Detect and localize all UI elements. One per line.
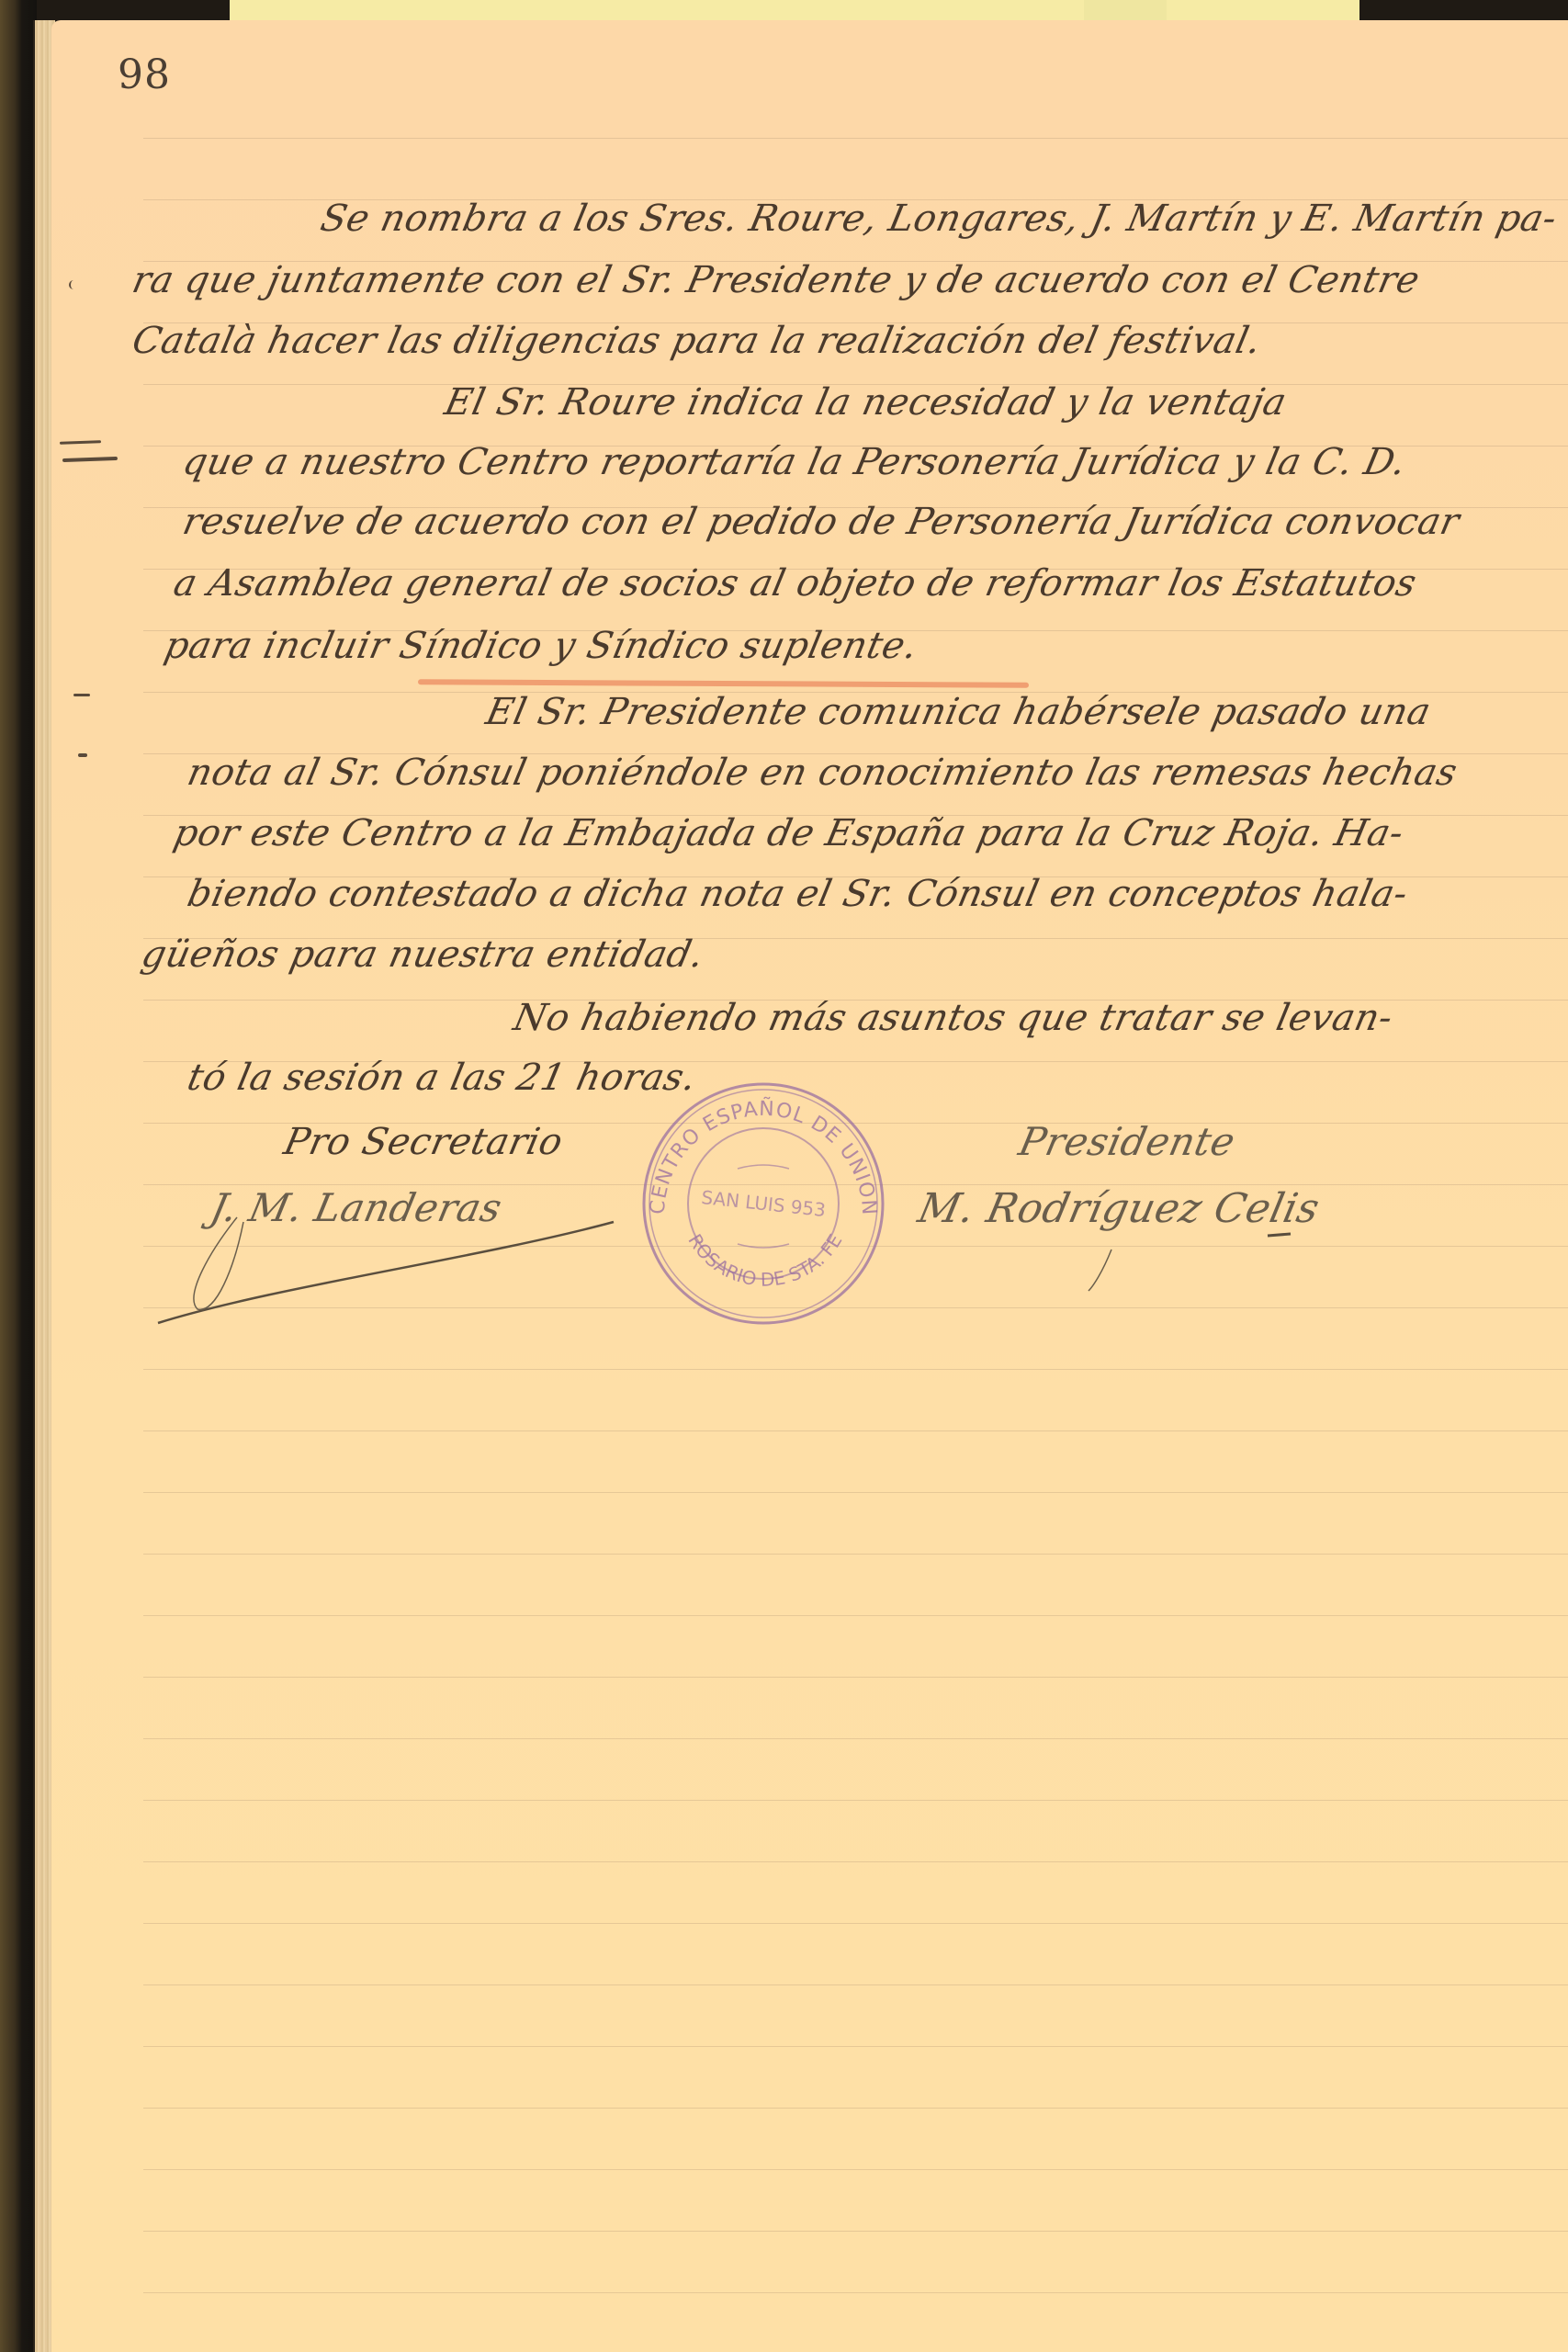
ruled-line bbox=[143, 1923, 1568, 1924]
book-binding bbox=[0, 0, 37, 2352]
ruled-line bbox=[143, 2231, 1568, 2232]
president-title: Presidente bbox=[1015, 1119, 1239, 1164]
paragraph-2-line-2: que a nuestro Centro reportaría la Perso… bbox=[179, 441, 1410, 483]
ruled-line bbox=[143, 1984, 1568, 1985]
paragraph-1-line-1: Se nombra a los Sres. Roure, Longares, J… bbox=[317, 198, 1561, 240]
ruled-line bbox=[143, 1615, 1568, 1616]
paragraph-3-line-4: biendo contestado a dicha nota el Sr. Có… bbox=[184, 873, 1412, 915]
page-number: 98 bbox=[118, 51, 171, 98]
paragraph-2-line-4: a Asamblea general de socios al objeto d… bbox=[170, 562, 1420, 605]
ruled-line bbox=[143, 2108, 1568, 2109]
paragraph-2-line-3: resuelve de acuerdo con el pedido de Per… bbox=[179, 501, 1463, 543]
club-rubber-stamp: CENTRO ESPAÑOL DE UNION REPUBLICANA ROSA… bbox=[637, 1077, 890, 1330]
sticky-note-fold bbox=[1084, 0, 1167, 22]
paragraph-3-line-3: por este Centro a la Embajada de España … bbox=[170, 812, 1407, 854]
ruled-line bbox=[143, 2292, 1568, 2293]
president-signature: M. Rodríguez Celis bbox=[914, 1185, 1324, 1232]
paragraph-2-line-1: El Sr. Roure indica la necesidad y la ve… bbox=[441, 381, 1291, 424]
ruled-line bbox=[143, 138, 1568, 139]
ruled-line bbox=[143, 2046, 1568, 2047]
paragraph-2-line-5: para incluir Síndico y Síndico suplente. bbox=[161, 625, 921, 667]
ruled-line bbox=[143, 1800, 1568, 1801]
secretary-title: Pro Secretario bbox=[280, 1121, 567, 1163]
stamp-bottom-text: ROSARIO DE STA. FE bbox=[683, 1230, 846, 1291]
paragraph-3-line-5: güeños para nuestra entidad. bbox=[138, 933, 708, 976]
stamp-center-text: SAN LUIS 953 bbox=[700, 1186, 827, 1221]
margin-pencil-mark bbox=[69, 280, 76, 289]
ruled-line bbox=[143, 1861, 1568, 1862]
paragraph-3-line-1: El Sr. Presidente comunica habérsele pas… bbox=[482, 691, 1435, 733]
ruled-line bbox=[143, 1430, 1568, 1431]
ruled-line bbox=[143, 2169, 1568, 2170]
ruled-line bbox=[143, 1492, 1568, 1493]
paragraph-1-line-2: ra que juntamente con el Sr. Presidente … bbox=[129, 259, 1424, 301]
svg-text:ROSARIO DE STA. FE: ROSARIO DE STA. FE bbox=[683, 1230, 846, 1291]
paragraph-4-line-1: No habiendo más asuntos que tratar se le… bbox=[510, 997, 1396, 1039]
margin-pencil-mark bbox=[73, 694, 90, 696]
ruled-line bbox=[143, 1554, 1568, 1555]
margin-pencil-mark bbox=[78, 753, 87, 757]
paragraph-1-line-3: Català hacer las diligencias para la rea… bbox=[129, 320, 1265, 362]
paragraph-4-line-2: tó la sesión a las 21 horas. bbox=[184, 1057, 700, 1099]
ruled-line bbox=[143, 1677, 1568, 1678]
secretary-signature: J. M. Landeras bbox=[207, 1185, 506, 1230]
sticky-note-tab bbox=[230, 0, 1359, 22]
ruled-line bbox=[143, 1738, 1568, 1739]
paragraph-3-line-2: nota al Sr. Cónsul poniéndole en conocim… bbox=[184, 752, 1461, 794]
ruled-line bbox=[143, 1369, 1568, 1370]
